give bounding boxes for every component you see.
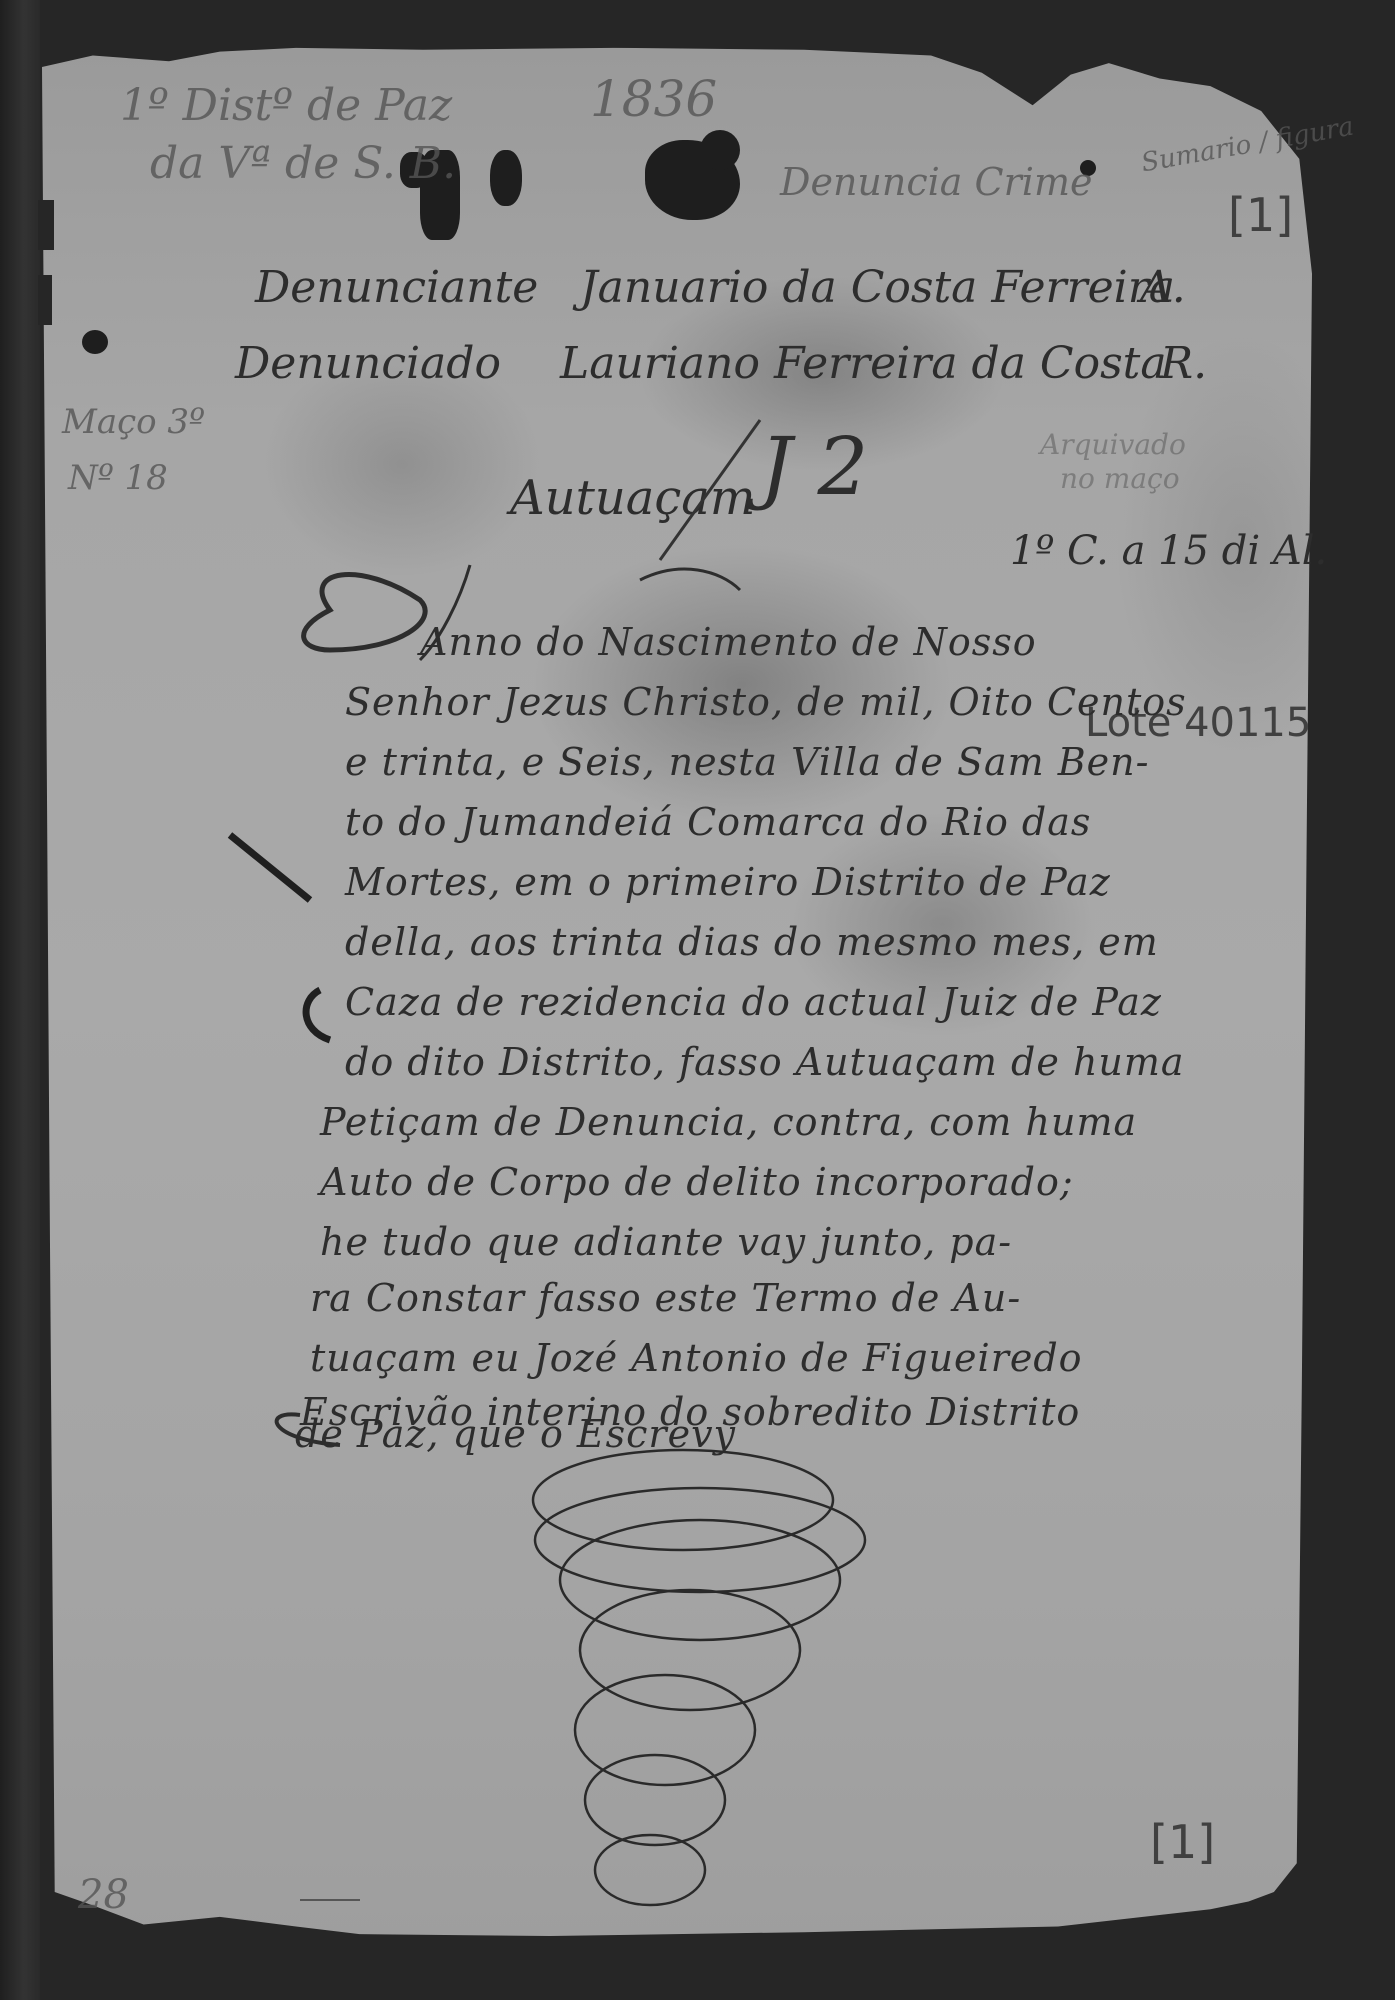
court-reference: 1º C. a 15 di Al.	[1010, 528, 1327, 574]
margin-number: Nº 18	[68, 458, 168, 498]
defendant-label: Denunciado	[235, 338, 501, 389]
defendant-role: R.	[1160, 338, 1207, 389]
body-line: Auto de Corpo de delito incorporado;	[320, 1160, 1074, 1204]
folio-mark-bottom: [1]	[1150, 1815, 1215, 1869]
body-line: he tudo que adiante vay junto, pa-	[320, 1220, 1012, 1264]
heading-folio-mark: J 2	[760, 420, 868, 513]
faint-note-line1: Arquivado	[1040, 428, 1186, 461]
body-line: Senhor Jezus Christo, de mil, Oito Cento…	[345, 680, 1187, 724]
ink-blot	[490, 150, 522, 206]
body-line: tuaçam eu Jozé Antonio de Figueiredo	[310, 1336, 1083, 1380]
body-line: della, aos trinta dias do mesmo mes, em	[345, 920, 1159, 964]
margin-bundle: Maço 3º	[62, 402, 205, 442]
header-case-type: Denuncia Crime	[780, 160, 1092, 204]
body-line: de Paz, que o Escrevy	[295, 1412, 736, 1456]
body-line: ra Constar fasso este Termo de Au-	[310, 1276, 1021, 1320]
page-number: 28	[78, 1872, 129, 1918]
body-line: Mortes, em o primeiro Distrito de Paz	[345, 860, 1111, 904]
ink-blot	[82, 330, 108, 354]
plaintiff-label: Denunciante	[255, 262, 538, 313]
ink-blot	[700, 130, 740, 170]
body-line: do dito Distrito, fasso Autuaçam de huma	[345, 1040, 1185, 1084]
body-line: Caza de rezidencia do actual Juiz de Paz	[345, 980, 1162, 1024]
edge-tear	[38, 200, 54, 250]
header-year: 1836	[590, 70, 717, 128]
body-line: Petiçam de Denuncia, contra, com huma	[320, 1100, 1137, 1144]
plaintiff-role: A.	[1140, 262, 1186, 313]
edge-tear	[38, 275, 52, 325]
body-line: to do Jumandeiá Comarca do Rio das	[345, 800, 1091, 844]
body-line: e trinta, e Seis, nesta Villa de Sam Ben…	[345, 740, 1149, 784]
defendant-name: Lauriano Ferreira da Costa	[560, 338, 1167, 389]
faint-note-line2: no maço	[1060, 462, 1180, 495]
folio-mark-top: [1]	[1228, 188, 1293, 242]
plaintiff-name: Januario da Costa Ferreira	[580, 262, 1175, 313]
header-district-line1: 1º Distº de Paz	[120, 80, 452, 131]
body-line: Anno do Nascimento de Nosso	[420, 620, 1037, 664]
header-district-line2: da Vª de S. B.	[150, 138, 456, 189]
binding-strip	[0, 0, 40, 2000]
heading-title: Autuaçam	[510, 470, 755, 526]
